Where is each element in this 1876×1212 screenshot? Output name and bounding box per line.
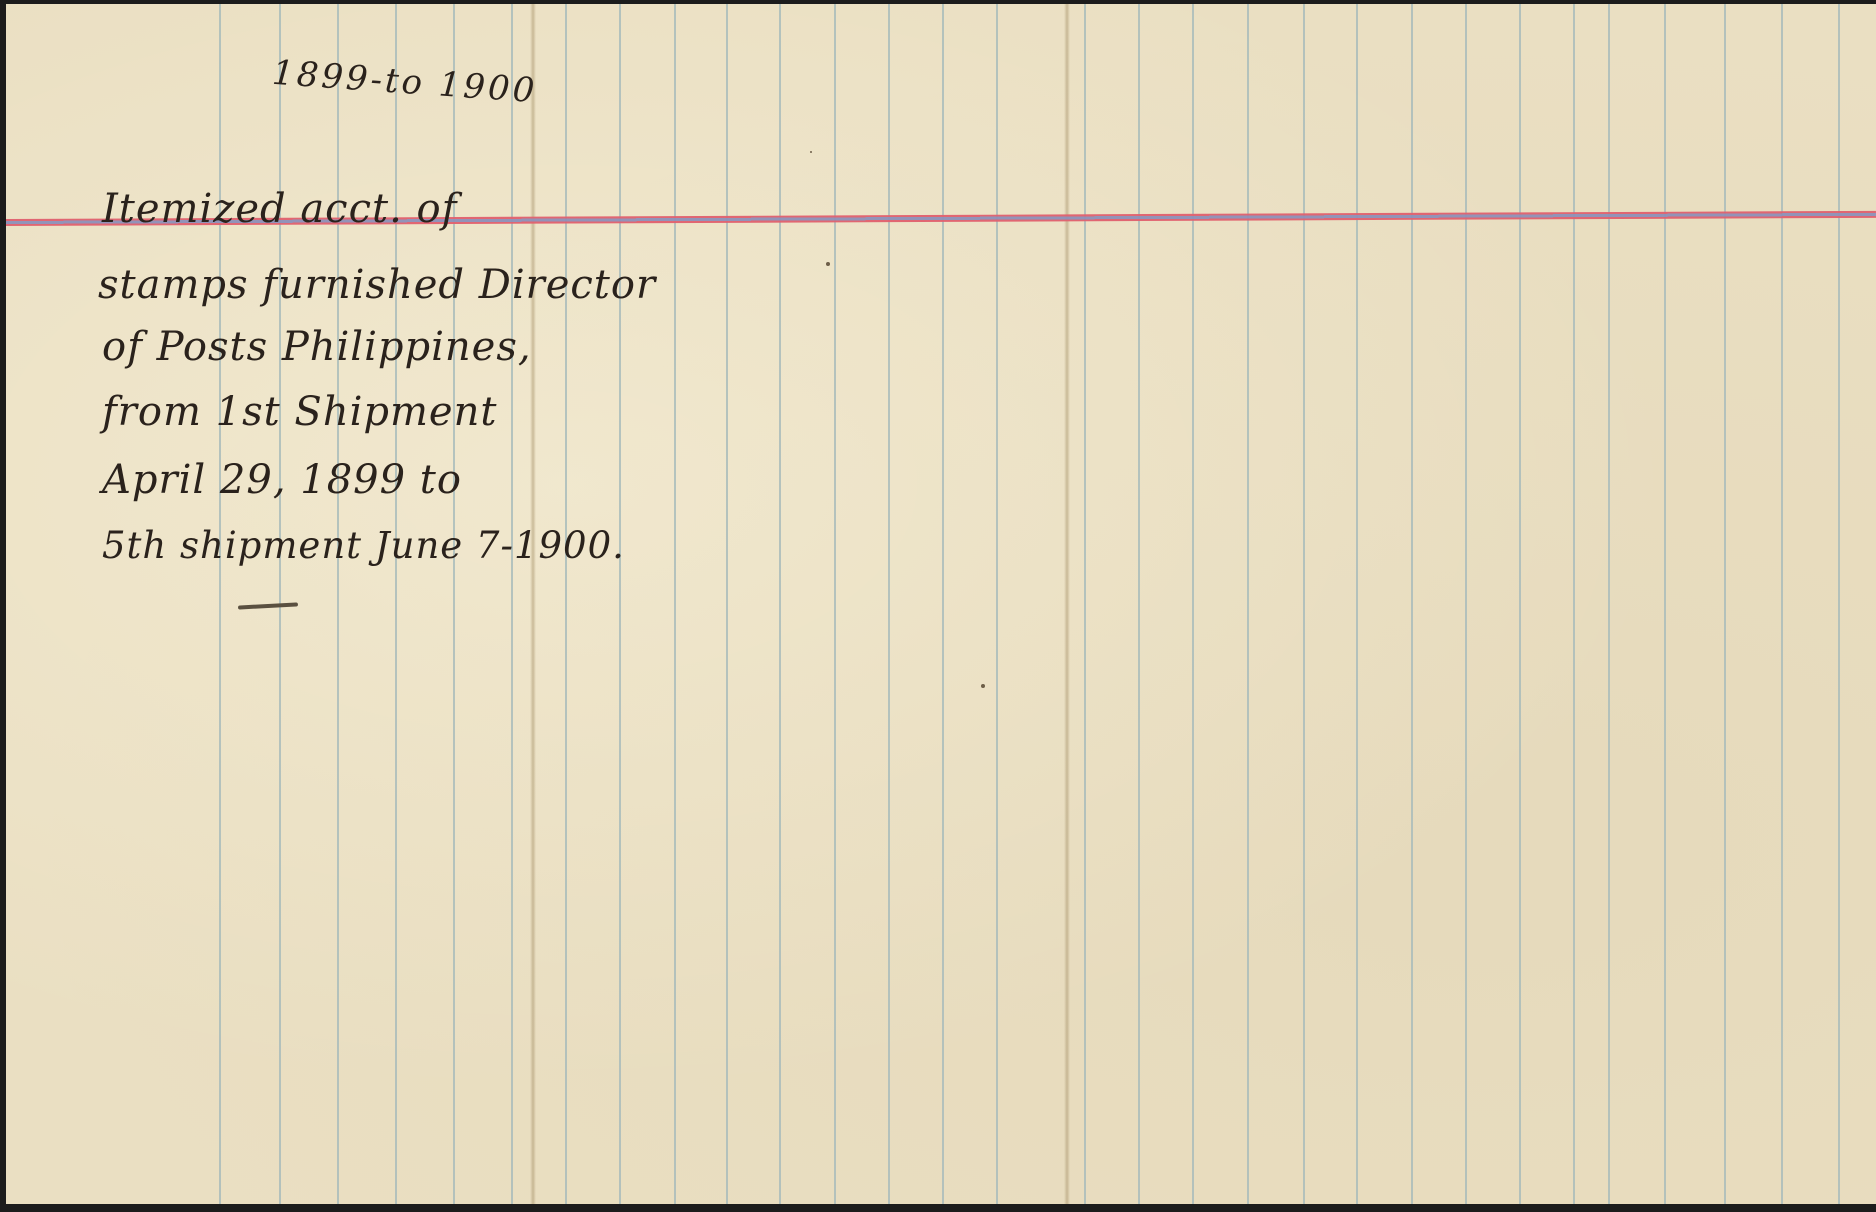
rule-line [942,4,944,1204]
paper-speck [981,684,985,688]
rule-line [1303,4,1305,1204]
rule-line [1356,4,1358,1204]
rule-line [834,4,836,1204]
rule-line [511,4,513,1204]
rule-line [726,4,728,1204]
rule-line [1724,4,1726,1204]
rule-line [779,4,781,1204]
rule-line [1664,4,1666,1204]
rule-line [1465,4,1467,1204]
note-line-5: April 29, 1899 to [102,457,462,503]
rule-line [1411,4,1413,1204]
rule-line [619,4,621,1204]
note-line-6: 5th shipment June 7-1900. [102,524,625,567]
closing-dash-mark [238,602,298,609]
rule-line [219,4,221,1204]
rule-line [337,4,339,1204]
rule-line [888,4,890,1204]
rule-line [996,4,998,1204]
rule-line [565,4,567,1204]
paper-speck [810,151,812,153]
rule-line [1519,4,1521,1204]
rule-line [1781,4,1783,1204]
paper-fold [1064,4,1070,1204]
note-line-4: from 1st Shipment [102,389,497,435]
paper-fold [530,4,536,1204]
date-range-heading: 1899-to 1900 [271,53,539,111]
rule-line [1838,4,1840,1204]
paper-speck [826,262,830,266]
rule-line [674,4,676,1204]
note-line-2: stamps furnished Director [98,262,656,308]
rule-line [1192,4,1194,1204]
rule-line [1608,4,1610,1204]
rule-line [1573,4,1575,1204]
rule-line [1084,4,1086,1204]
note-line-3: of Posts Philippines, [102,324,532,370]
rule-line [453,4,455,1204]
note-line-1: Itemized acct. of [102,186,457,232]
rule-line [395,4,397,1204]
rule-line [1247,4,1249,1204]
rule-line [1138,4,1140,1204]
ledger-sheet: 1899-to 1900 Itemized acct. of stamps fu… [6,4,1876,1204]
